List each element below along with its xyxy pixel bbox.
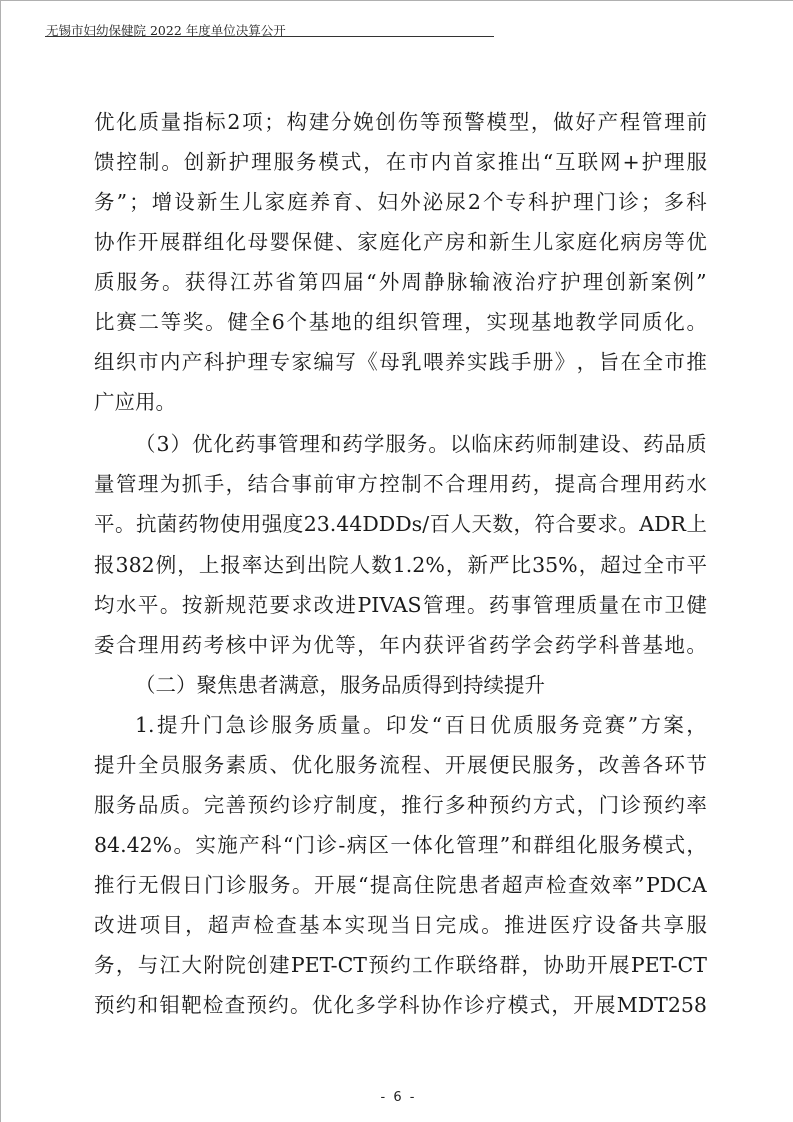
paragraph-line: 84.42%。实施产科“门诊-病区一体化管理”和群组化服务模式， [94, 832, 707, 858]
paragraph-line: 协作开展群组化母婴保健、家庭化产房和新生儿家庭化病房等优 [94, 229, 707, 255]
paragraph-line: 服务品质。完善预约诊疗制度，推行多种预约方式，门诊预约率 [94, 792, 707, 818]
paragraph-line: 提升全员服务素质、优化服务流程、开展便民服务，改善各环节 [94, 752, 707, 778]
paragraph-line: 优化质量指标2项；构建分娩创伤等预警模型，做好产程管理前 [94, 109, 707, 135]
paragraph-line: 馈控制。创新护理服务模式，在市内首家推出“互联网+护理服 [94, 149, 707, 175]
paragraph-line: 委合理用药考核中评为优等，年内获评省药学会药学科普基地。 [94, 632, 707, 658]
paragraph-line: 预约和钼靶检查预约。优化多学科协作诊疗模式，开展MDT258 [94, 992, 707, 1018]
section-heading: （二）聚焦患者满意，服务品质得到持续提升 [135, 672, 707, 698]
paragraph-line: 改进项目，超声检查基本实现当日完成。推进医疗设备共享服 [94, 912, 707, 938]
paragraph-line: 平。抗菌药物使用强度23.44DDDs/百人天数，符合要求。ADR上 [94, 511, 707, 537]
page-number: - 6 - [1, 1090, 793, 1105]
paragraph-line: 比赛二等奖。健全6个基地的组织管理，实现基地教学同质化。 [94, 309, 707, 335]
header-divider [45, 36, 494, 37]
paragraph-line: 报382例，上报率达到出院人数1.2%，新严比35%，超过全市平 [94, 552, 707, 578]
paragraph-line: 务”；增设新生儿家庭养育、妇外泌尿2个专科护理门诊；多科 [94, 189, 707, 215]
paragraph-line: 组织市内产科护理专家编写《母乳喂养实践手册》，旨在全市推 [94, 349, 707, 375]
section-heading-line: （3）优化药事管理和药学服务。以临床药师制建设、药品质 [135, 431, 707, 457]
paragraph-line: 推行无假日门诊服务。开展“提高住院患者超声检查效率”PDCA [94, 872, 707, 898]
paragraph-line: 务，与江大附院创建PET-CT预约工作联络群，协助开展PET-CT [94, 952, 707, 978]
paragraph-line: 广应用。 [94, 389, 707, 415]
paragraph-line: 质服务。获得江苏省第四届“外周静脉输液治疗护理创新案例” [94, 269, 707, 295]
paragraph-line: 量管理为抓手，结合事前审方控制不合理用药，提高合理用药水 [94, 471, 707, 497]
subsection-heading-line: 1.提升门急诊服务质量。印发“百日优质服务竞赛”方案， [135, 712, 707, 738]
paragraph-line: 均水平。按新规范要求改进PIVAS管理。药事管理质量在市卫健 [94, 592, 707, 618]
